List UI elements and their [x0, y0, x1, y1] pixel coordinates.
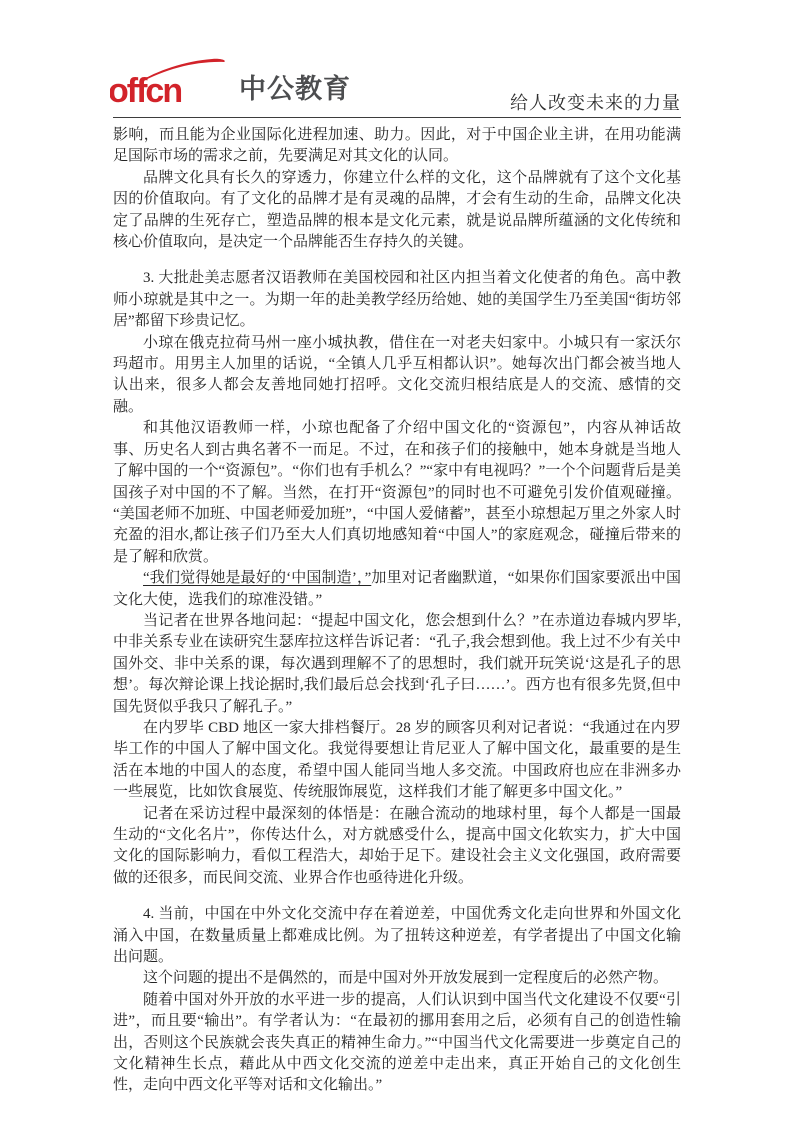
paragraph: 3. 大批赴美志愿者汉语教师在美国校园和社区内担当着文化使者的角色。高中教师小琼…	[113, 268, 681, 332]
brand-tagline: 给人改变未来的力量	[510, 89, 681, 115]
paragraph: 当记者在世界各地问起：“提起中国文化，您会想到什么？”在赤道边春城内罗毕,中非关…	[113, 611, 681, 718]
paragraph-text: 记者在采访过程中最深刻的体悟是：在融合流动的地球村里，每个人都是一国最生动的“文…	[113, 806, 681, 886]
paragraph: 和其他汉语教师一样，小琼也配备了介绍中国文化的“资源包”，内容从神话故事、历史名…	[113, 418, 681, 568]
paragraph: 这个问题的提出不是偶然的，而是中国对外开放发展到一定程度后的必然产物。	[113, 968, 681, 989]
document-page: { "brand": { "logo_latin": "offcn", "log…	[0, 0, 793, 1122]
paragraph: 4. 当前，中国在中外文化交流中存在着逆差，中国优秀文化走向世界和外国文化涌入中…	[113, 904, 681, 968]
page-content: offcn 中公教育 给人改变未来的力量 影响，而且能为企业国际化进程加速、助力…	[113, 0, 681, 1122]
page-header: offcn 中公教育 给人改变未来的力量	[113, 0, 681, 118]
paragraph: 小琼在俄克拉荷马州一座小城执教，借住在一对老夫妇家中。小城只有一家沃尔玛超市。用…	[113, 333, 681, 419]
paragraph: 随着中国对外开放的水平进一步的提高，人们认识到中国当代文化建设不仅要“引进”，而…	[113, 990, 681, 1097]
paragraph-text: 3. 大批赴美志愿者汉语教师在美国校园和社区内担当着文化使者的角色。高中教师小琼…	[113, 270, 681, 329]
offcn-logo-text: offcn	[110, 72, 181, 106]
paragraph-text: 影响，而且能为企业国际化进程加速、助力。因此，对于中国企业主讲，在用功能满足国际…	[113, 127, 681, 164]
paragraph-text: 4. 当前，中国在中外文化交流中存在着逆差，中国优秀文化走向世界和外国文化涌入中…	[113, 906, 681, 965]
paragraph: 品牌文化具有长久的穿透力，你建立什么样的文化，这个品牌就有了这个文化基因的价值取…	[113, 168, 681, 254]
logo-company-name: 中公教育	[239, 76, 351, 103]
paragraph-text: 当记者在世界各地问起：“提起中国文化，您会想到什么？”在赤道边春城内罗毕,中非关…	[113, 613, 681, 715]
paragraph: 在内罗毕 CBD 地区一家大排档餐厅。28 岁的顾客贝利对记者说：“我通过在内罗…	[113, 718, 681, 804]
paragraph-text: 在内罗毕 CBD 地区一家大排档餐厅。28 岁的顾客贝利对记者说：“我通过在内罗…	[113, 720, 681, 800]
offcn-logo-graphic: offcn	[110, 58, 232, 106]
offcn-logo: offcn 中公教育	[110, 58, 351, 106]
document-body: 影响，而且能为企业国际化进程加速、助力。因此，对于中国企业主讲，在用功能满足国际…	[113, 125, 681, 1097]
paragraph: 影响，而且能为企业国际化进程加速、助力。因此，对于中国企业主讲，在用功能满足国际…	[113, 125, 681, 168]
paragraph: “我们觉得她是最好的‘中国制造’，”加里对记者幽默道，“如果你们国家要派出中国文…	[113, 568, 681, 611]
underlined-text: “我们觉得她是最好的‘中国制造’，”	[143, 570, 371, 586]
paragraph: 记者在采访过程中最深刻的体悟是：在融合流动的地球村里，每个人都是一国最生动的“文…	[113, 804, 681, 890]
paragraph-text: 随着中国对外开放的水平进一步的提高，人们认识到中国当代文化建设不仅要“引进”，而…	[113, 992, 681, 1094]
paragraph-text: 这个问题的提出不是偶然的，而是中国对外开放发展到一定程度后的必然产物。	[143, 970, 668, 986]
paragraph-text: 品牌文化具有长久的穿透力，你建立什么样的文化，这个品牌就有了这个文化基因的价值取…	[113, 170, 681, 250]
paragraph-text: 小琼在俄克拉荷马州一座小城执教，借住在一对老夫妇家中。小城只有一家沃尔玛超市。用…	[113, 335, 681, 415]
paragraph-text: 和其他汉语教师一样，小琼也配备了介绍中国文化的“资源包”，内容从神话故事、历史名…	[113, 420, 681, 564]
